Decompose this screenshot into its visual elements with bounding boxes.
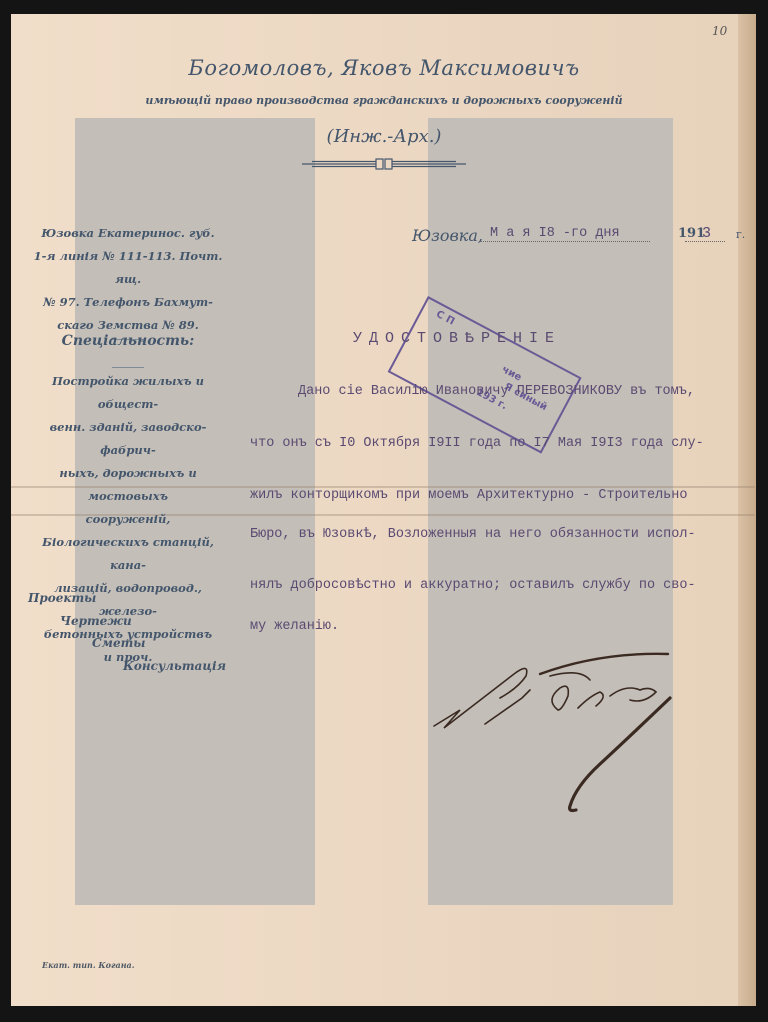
stamp-line: С П — [434, 309, 456, 328]
body-line: Дано сіе Василію Ивановичу ПЕРЕВОЗНИКОВУ… — [298, 384, 695, 399]
address-line: 1-я линія № 111-113. Почт. ящ. — [28, 245, 228, 291]
service-item: Проекты — [28, 587, 226, 610]
printer-note: Екат. тип. Когана. — [42, 960, 135, 970]
torn-page-edge — [738, 14, 756, 1006]
date-day-month: М а я I8 -го дня — [490, 226, 620, 241]
date-year-typed: 3 — [702, 225, 711, 242]
service-item: Чертежи — [60, 610, 226, 633]
specialty-line: Постройка жилыхъ и общест- — [28, 370, 228, 416]
body-line: му желанію. — [250, 619, 339, 634]
specialty-line: ныхъ, дорожныхъ и мостовыхъ — [28, 462, 228, 508]
letterhead-name: Богомоловъ, Яковъ Максимовичъ — [0, 56, 768, 80]
services-list: Проекты Чертежи Сметы Консультація — [28, 587, 226, 677]
divider — [112, 367, 144, 368]
date-dotted-line — [480, 241, 650, 243]
specialty-line: Біологическихъ станцій, кана- — [28, 531, 228, 577]
date-place: Юзовка, — [412, 226, 483, 245]
firm-address: Юзовка Екатеринос. губ. 1-я линія № 111-… — [28, 222, 228, 342]
ornament-divider-icon — [300, 158, 468, 170]
body-line: жилъ конторщикомъ при моемъ Архитектурно… — [250, 488, 687, 503]
specialty-heading: Спеціальность: — [28, 330, 228, 353]
specialty-line: венн. зданій, заводско-фабрич- — [28, 416, 228, 462]
letterhead-subtitle: имѣющій право производства гражданскихъ … — [0, 94, 768, 107]
page-number: 10 — [712, 24, 727, 38]
service-item: Консультація — [123, 655, 226, 678]
date-year-suffix: г. — [736, 228, 745, 241]
signature-icon — [430, 640, 690, 820]
stamp-line: чие — [500, 364, 523, 383]
body-line: что онъ съ I0 Октября I9II года по I7 Ма… — [250, 436, 704, 451]
address-line: № 97. Телефонъ Бахмут- — [28, 291, 228, 314]
letterhead-qualification: (Инж.-Арх.) — [0, 126, 768, 147]
body-line: нялъ добросовѣстно и аккуратно; оставилъ… — [250, 578, 696, 593]
address-line: Юзовка Екатеринос. губ. — [28, 222, 228, 245]
service-item: Сметы — [92, 632, 226, 655]
document-heading: УДОСТОВѢРЕНІЕ — [353, 330, 561, 347]
body-line: Бюро, въ Юзовкѣ, Возложенныя на него обя… — [250, 527, 696, 542]
specialty-line: сооруженій, — [28, 508, 228, 531]
